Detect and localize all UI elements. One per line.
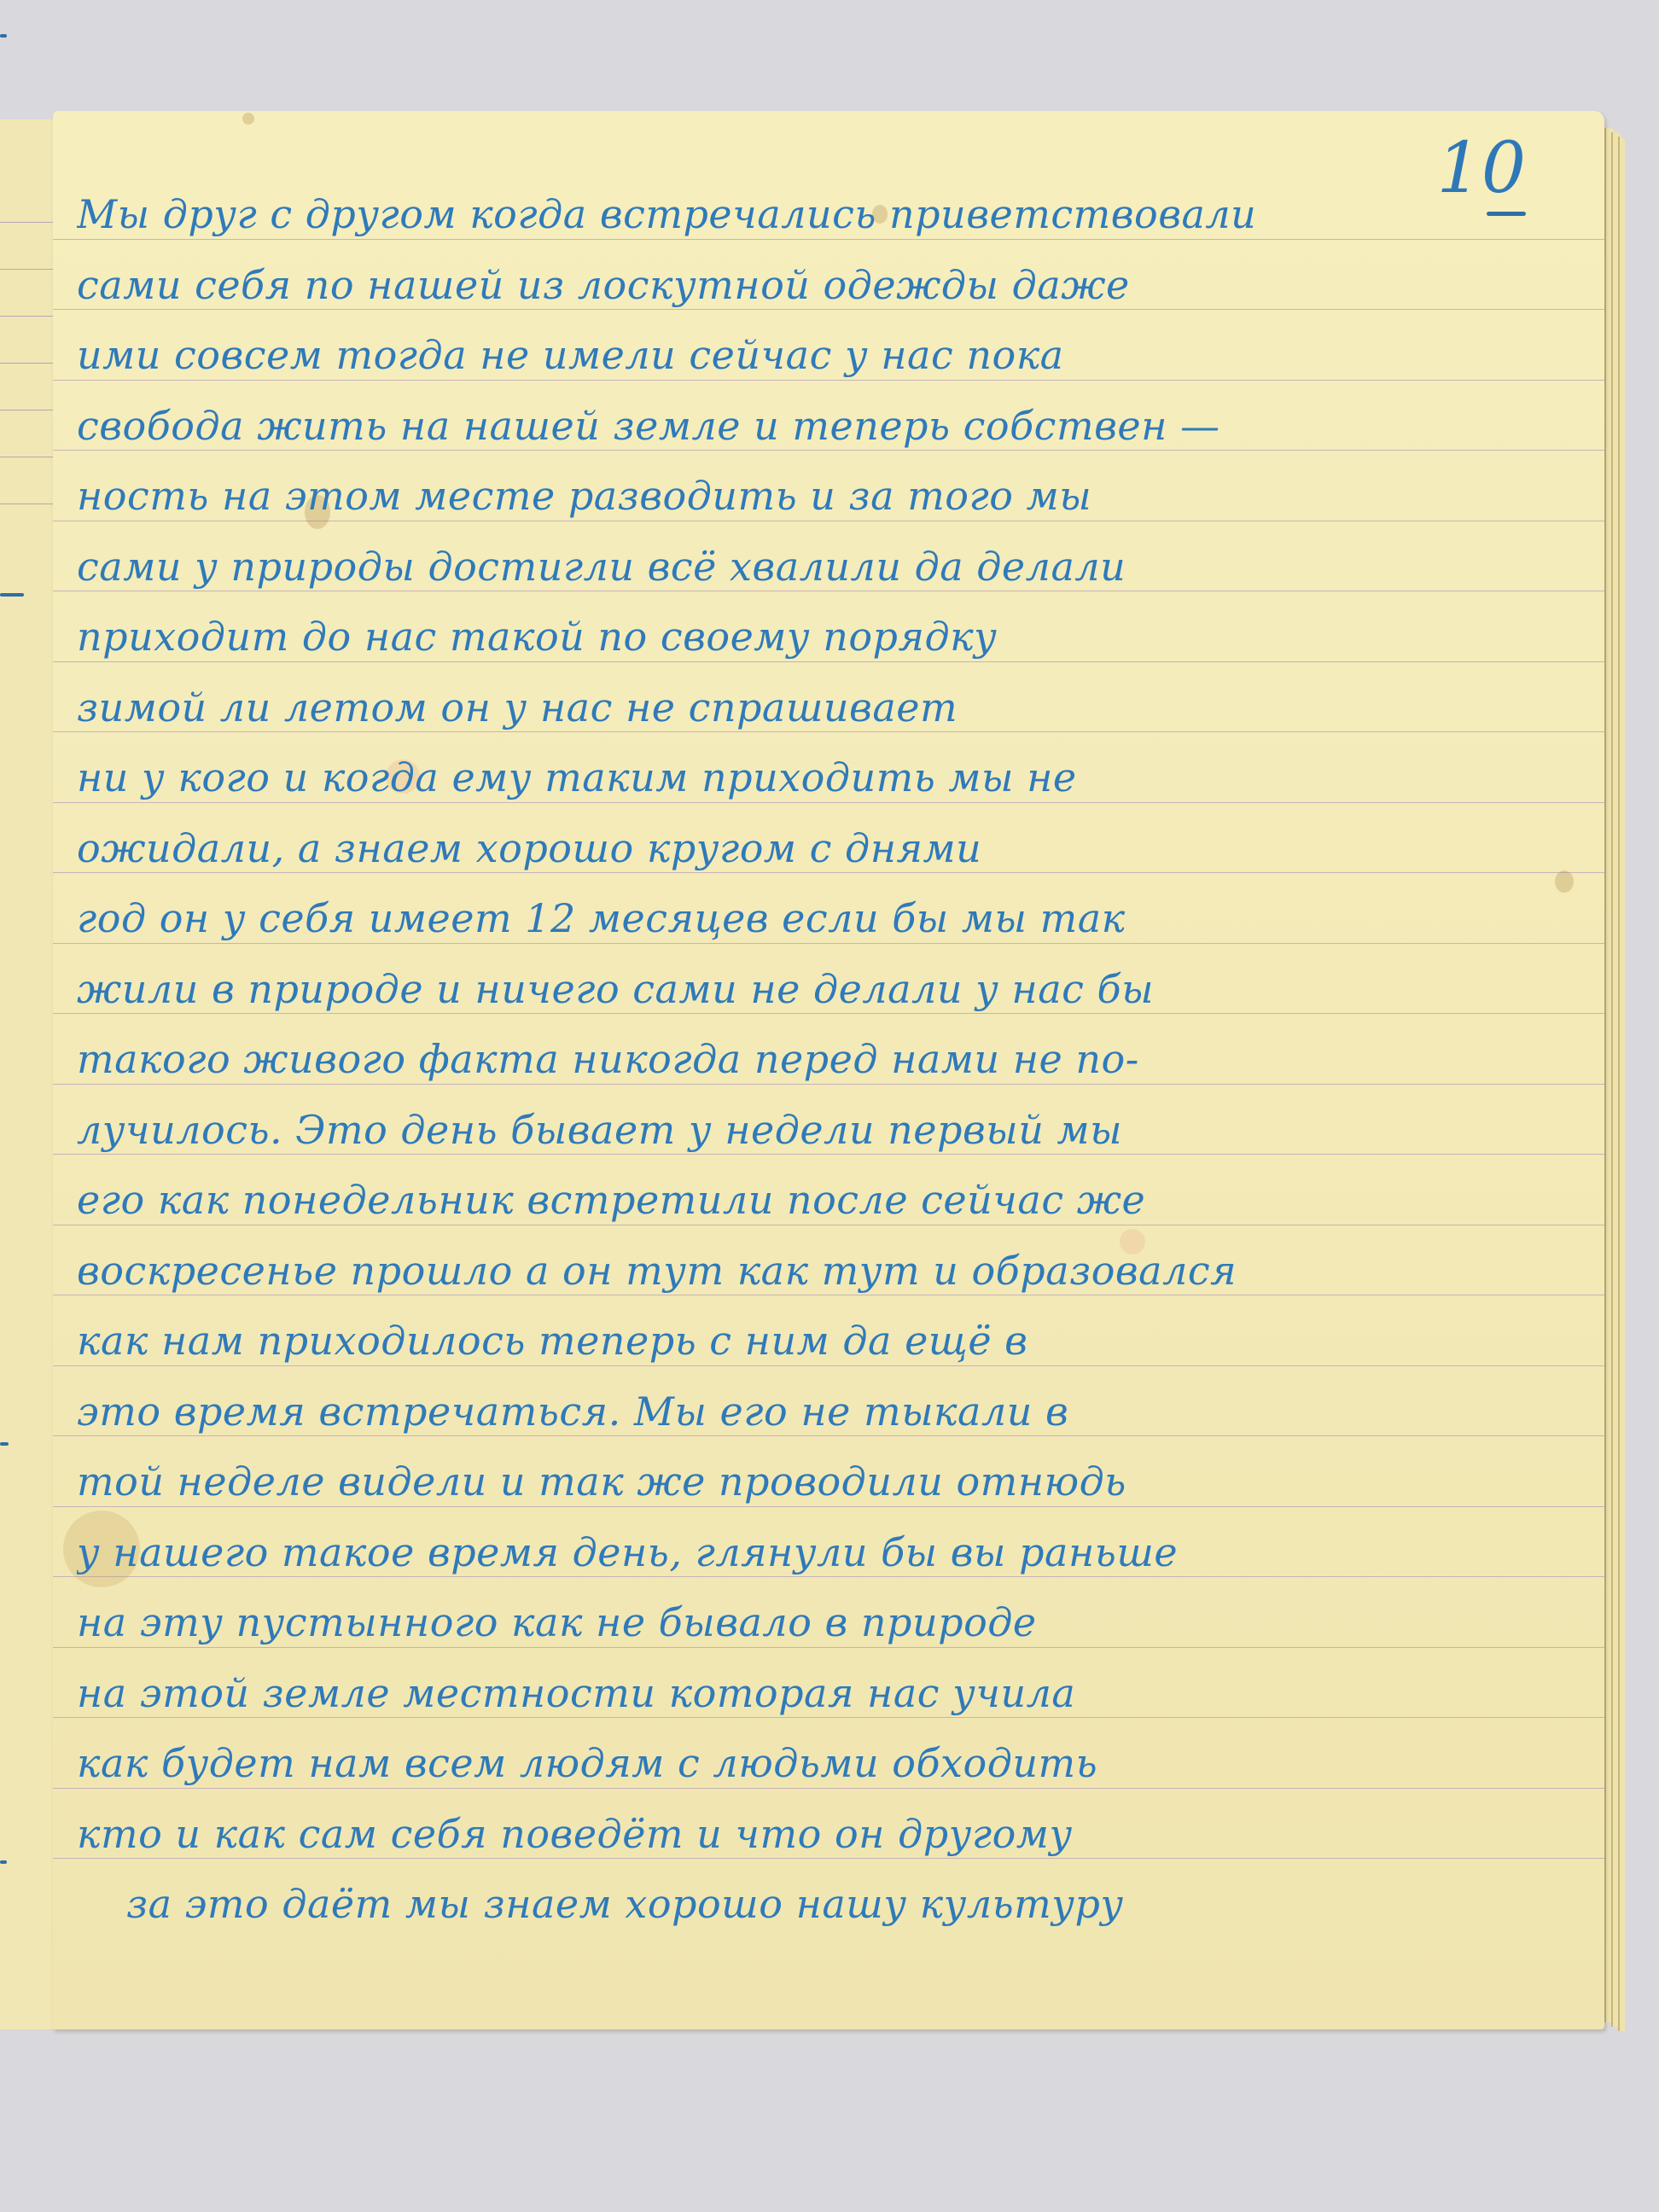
text-line: ими совсем тогда не имели сейчас у нас п… [77,320,1536,391]
text-line: ожидали, а знаем хорошо кругом с днями [77,813,1536,884]
text-line: лучилось. Это день бывает у недели первы… [77,1095,1536,1166]
rule-line [0,316,53,317]
ink-mark [0,1860,7,1864]
text-line: свобода жить на нашей земле и теперь соб… [77,391,1536,462]
rule-line [0,457,53,457]
text-line: приходит до нас такой по своему порядку [77,602,1536,672]
text-line: сами у природы достигли всё хвалили да д… [77,532,1536,602]
text-line: кто и как сам себя поведёт и что он друг… [77,1799,1536,1870]
text-line: сами себя по нашей из лоскутной одежды д… [77,250,1536,321]
text-line: такого живого факта никогда перед нами н… [77,1024,1536,1095]
ink-mark [0,593,24,597]
text-line: год он у себя имеет 12 месяцев если бы м… [77,883,1536,954]
text-line: той неделе видели и так же проводили отн… [77,1447,1536,1517]
paper-stain [242,113,254,125]
previous-page-edge [0,119,54,2029]
text-line: как нам приходилось теперь с ним да ещё … [77,1306,1536,1377]
paper-stain [1555,870,1574,893]
text-line: как будет нам всем людям с людьми обходи… [77,1728,1536,1799]
text-line-final: за это даёт мы знаем хорошо нашу культур… [77,1869,1536,1940]
text-line: жили в природе и ничего сами не делали у… [77,954,1536,1025]
text-line: ность на этом месте разводить и за того … [77,461,1536,532]
text-line: воскресенье прошло а он тут как тут и об… [77,1236,1536,1307]
text-line: его как понедельник встретили после сейч… [77,1165,1536,1236]
ink-mark [0,1442,9,1446]
rule-line [0,269,53,270]
rule-line [0,504,53,504]
ink-mark [0,34,7,38]
text-line: на этой земле местности которая нас учил… [77,1658,1536,1729]
text-line: на эту пустынного как не бывало в природ… [77,1587,1536,1658]
text-line: зимой ли летом он у нас не спрашивает [77,672,1536,743]
rule-line [0,222,53,223]
text-line: Мы друг с другом когда встречались приве… [77,179,1536,250]
text-line: ни у кого и когда ему таким приходить мы… [77,742,1536,813]
rule-line [0,363,53,364]
text-line: у нашего такое время день, глянули бы вы… [77,1517,1536,1588]
page-stack-edge [1618,137,1625,2031]
handwritten-text: Мы друг с другом когда встречались приве… [77,179,1536,1940]
notebook-page: 10 Мы друг с другом когда встречались пр… [53,111,1604,2029]
rule-line [0,410,53,410]
text-line: это время встречаться. Мы его не тыкали … [77,1377,1536,1447]
